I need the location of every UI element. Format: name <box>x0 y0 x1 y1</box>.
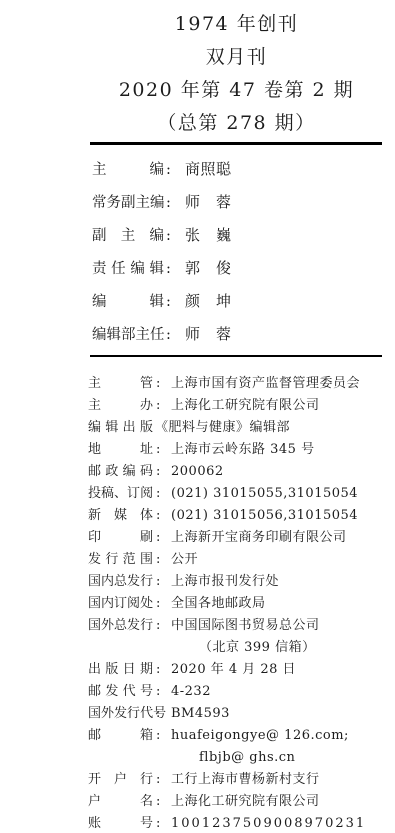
email-continuation-row: flbjb@ ghs.cn <box>88 747 395 769</box>
deputy-editor-row: 副主编:张 巍 <box>92 219 395 252</box>
responsible-editor-label: 责任编辑 <box>92 253 164 286</box>
account-number-label: 账号 <box>88 813 153 833</box>
colon: : <box>153 461 171 483</box>
editorial-staff-list: 主编:商照聪 常务副主编:师 蓉 副主编:张 巍 责任编辑:郭 俊 编辑:颜 坤… <box>0 145 395 351</box>
account-number-value: 1001237509008970231 <box>171 816 366 831</box>
colon: : <box>164 253 185 286</box>
deputy-editor-name: 张 巍 <box>185 226 232 244</box>
deputy-editor-label: 副主编 <box>92 220 164 253</box>
distribution-scope-label: 发行范围 <box>88 549 153 571</box>
supervisor-value: 上海市国有资产监督管理委员会 <box>171 376 360 391</box>
colon: : <box>153 703 171 725</box>
frequency-line: 双月刊 <box>90 41 383 74</box>
journal-colophon-page: 1974 年创刊 双月刊 2020 年第 47 卷第 2 期 （总第 278 期… <box>0 0 395 833</box>
colon: : <box>153 791 171 813</box>
chief-editor-label: 主编 <box>92 154 164 187</box>
executive-deputy-editor-name: 师 蓉 <box>185 193 232 211</box>
postal-code-row: 邮政编码:200062 <box>88 461 395 483</box>
colon: : <box>153 593 171 615</box>
domestic-distributor-row: 国内总发行:上海市报刊发行处 <box>88 571 395 593</box>
overseas-distributor-value: 中国国际图书贸易总公司 <box>171 618 320 633</box>
domestic-subscription-label: 国内订阅处 <box>88 593 153 615</box>
overseas-distributor-label: 国外总发行 <box>88 615 153 637</box>
colon: : <box>164 187 185 220</box>
cumulative-issue-line: （总第 278 期） <box>90 107 383 140</box>
editing-publishing-label: 编辑出版 <box>88 417 153 439</box>
chief-editor-row: 主编:商照聪 <box>92 153 395 186</box>
publication-date-row: 出版日期:2020 年 4 月 28 日 <box>88 659 395 681</box>
overseas-distributor-po-box-row: （北京 399 信箱） <box>88 637 395 659</box>
editorial-office-director-row: 编辑部主任:师 蓉 <box>92 318 395 351</box>
colon: : <box>164 220 185 253</box>
founding-year-line: 1974 年创刊 <box>90 8 383 41</box>
postal-distribution-code-label: 邮发代号 <box>88 681 153 703</box>
responsible-editor-row: 责任编辑:郭 俊 <box>92 252 395 285</box>
editorial-office-director-label: 编辑部主任 <box>92 319 164 352</box>
email-secondary: flbjb@ ghs.cn <box>199 750 295 765</box>
address-row: 地址:上海市云岭东路 345 号 <box>88 439 395 461</box>
overseas-distribution-code-value: BM4593 <box>171 706 230 721</box>
editing-publishing-value: 《肥料与健康》编辑部 <box>155 420 290 435</box>
responsible-editor-name: 郭 俊 <box>185 259 232 277</box>
bank-row: 开户行:工行上海市曹杨新村支行 <box>88 769 395 791</box>
colon: : <box>153 571 171 593</box>
domestic-distributor-value: 上海市报刊发行处 <box>171 574 279 589</box>
new-media-phone: (021) 31015056,31015054 <box>171 508 358 523</box>
account-number-row: 账号:1001237509008970231 <box>88 813 395 833</box>
executive-deputy-editor-row: 常务副主编:师 蓉 <box>92 186 395 219</box>
address-value: 上海市云岭东路 345 号 <box>171 442 315 457</box>
new-media-phone-row: 新媒体:(021) 31015056,31015054 <box>88 505 395 527</box>
postal-code-label: 邮政编码 <box>88 461 153 483</box>
submission-subscription-phone: (021) 31015055,31015054 <box>171 486 358 501</box>
chief-editor-name: 商照聪 <box>185 160 232 178</box>
colon: : <box>153 659 171 681</box>
colon: : <box>153 373 171 395</box>
supervisor-row: 主管:上海市国有资产监督管理委员会 <box>88 373 395 395</box>
editor-name: 颜 坤 <box>185 292 232 310</box>
email-primary: huafeigongye@ 126.com; <box>171 728 349 743</box>
colon: : <box>153 395 171 417</box>
colon: : <box>164 286 185 319</box>
domestic-subscription-row: 国内订阅处:全国各地邮政局 <box>88 593 395 615</box>
sponsor-label: 主办 <box>88 395 153 417</box>
new-media-label: 新媒体 <box>88 505 153 527</box>
overseas-distribution-code-row: 国外发行代号:BM4593 <box>88 703 395 725</box>
colon: : <box>153 549 171 571</box>
colon: : <box>164 319 185 352</box>
colon: : <box>153 527 171 549</box>
account-name-label: 户名 <box>88 791 153 813</box>
email-row: 邮箱:huafeigongye@ 126.com; <box>88 725 395 747</box>
colon: : <box>153 439 171 461</box>
publication-date-value: 2020 年 4 月 28 日 <box>171 662 296 677</box>
editor-row: 编辑:颜 坤 <box>92 285 395 318</box>
colon: : <box>153 615 171 637</box>
colon: : <box>153 505 171 527</box>
submission-subscription-phone-row: 投稿、订阅:(021) 31015055,31015054 <box>88 483 395 505</box>
colon: : <box>153 813 171 833</box>
editor-label: 编辑 <box>92 286 164 319</box>
sponsor-row: 主办:上海化工研究院有限公司 <box>88 395 395 417</box>
colon: : <box>153 725 171 747</box>
sponsor-value: 上海化工研究院有限公司 <box>171 398 320 413</box>
printer-row: 印刷:上海新开宝商务印刷有限公司 <box>88 527 395 549</box>
postal-code-value: 200062 <box>171 464 224 479</box>
postal-distribution-code-value: 4-232 <box>171 684 211 699</box>
supervisor-label: 主管 <box>88 373 153 395</box>
colon: : <box>164 154 185 187</box>
account-name-value: 上海化工研究院有限公司 <box>171 794 320 809</box>
distribution-scope-row: 发行范围:公开 <box>88 549 395 571</box>
overseas-distributor-po-box: （北京 399 信箱） <box>199 640 316 655</box>
distribution-scope-value: 公开 <box>171 552 198 567</box>
editing-publishing-row: 编辑出版《肥料与健康》编辑部 <box>88 417 395 439</box>
domestic-subscription-value: 全国各地邮政局 <box>171 596 266 611</box>
volume-issue-line: 2020 年第 47 卷第 2 期 <box>90 74 383 107</box>
masthead: 1974 年创刊 双月刊 2020 年第 47 卷第 2 期 （总第 278 期… <box>90 0 383 140</box>
overseas-distributor-row: 国外总发行:中国国际图书贸易总公司 <box>88 615 395 637</box>
publication-info-list: 主管:上海市国有资产监督管理委员会 主办:上海化工研究院有限公司 编辑出版《肥料… <box>0 357 395 833</box>
address-label: 地址 <box>88 439 153 461</box>
bank-label: 开户行 <box>88 769 153 791</box>
colon: : <box>153 483 171 505</box>
domestic-distributor-label: 国内总发行 <box>88 571 153 593</box>
overseas-distribution-code-label: 国外发行代号 <box>88 703 153 725</box>
postal-distribution-code-row: 邮发代号:4-232 <box>88 681 395 703</box>
executive-deputy-editor-label: 常务副主编 <box>92 187 164 220</box>
publication-date-label: 出版日期 <box>88 659 153 681</box>
colon: : <box>153 681 171 703</box>
email-label: 邮箱 <box>88 725 153 747</box>
printer-value: 上海新开宝商务印刷有限公司 <box>171 530 347 545</box>
printer-label: 印刷 <box>88 527 153 549</box>
submission-subscription-label: 投稿、订阅 <box>88 483 153 505</box>
bank-value: 工行上海市曹杨新村支行 <box>171 772 320 787</box>
editorial-office-director-name: 师 蓉 <box>185 325 232 343</box>
colon: : <box>153 769 171 791</box>
account-name-row: 户名:上海化工研究院有限公司 <box>88 791 395 813</box>
